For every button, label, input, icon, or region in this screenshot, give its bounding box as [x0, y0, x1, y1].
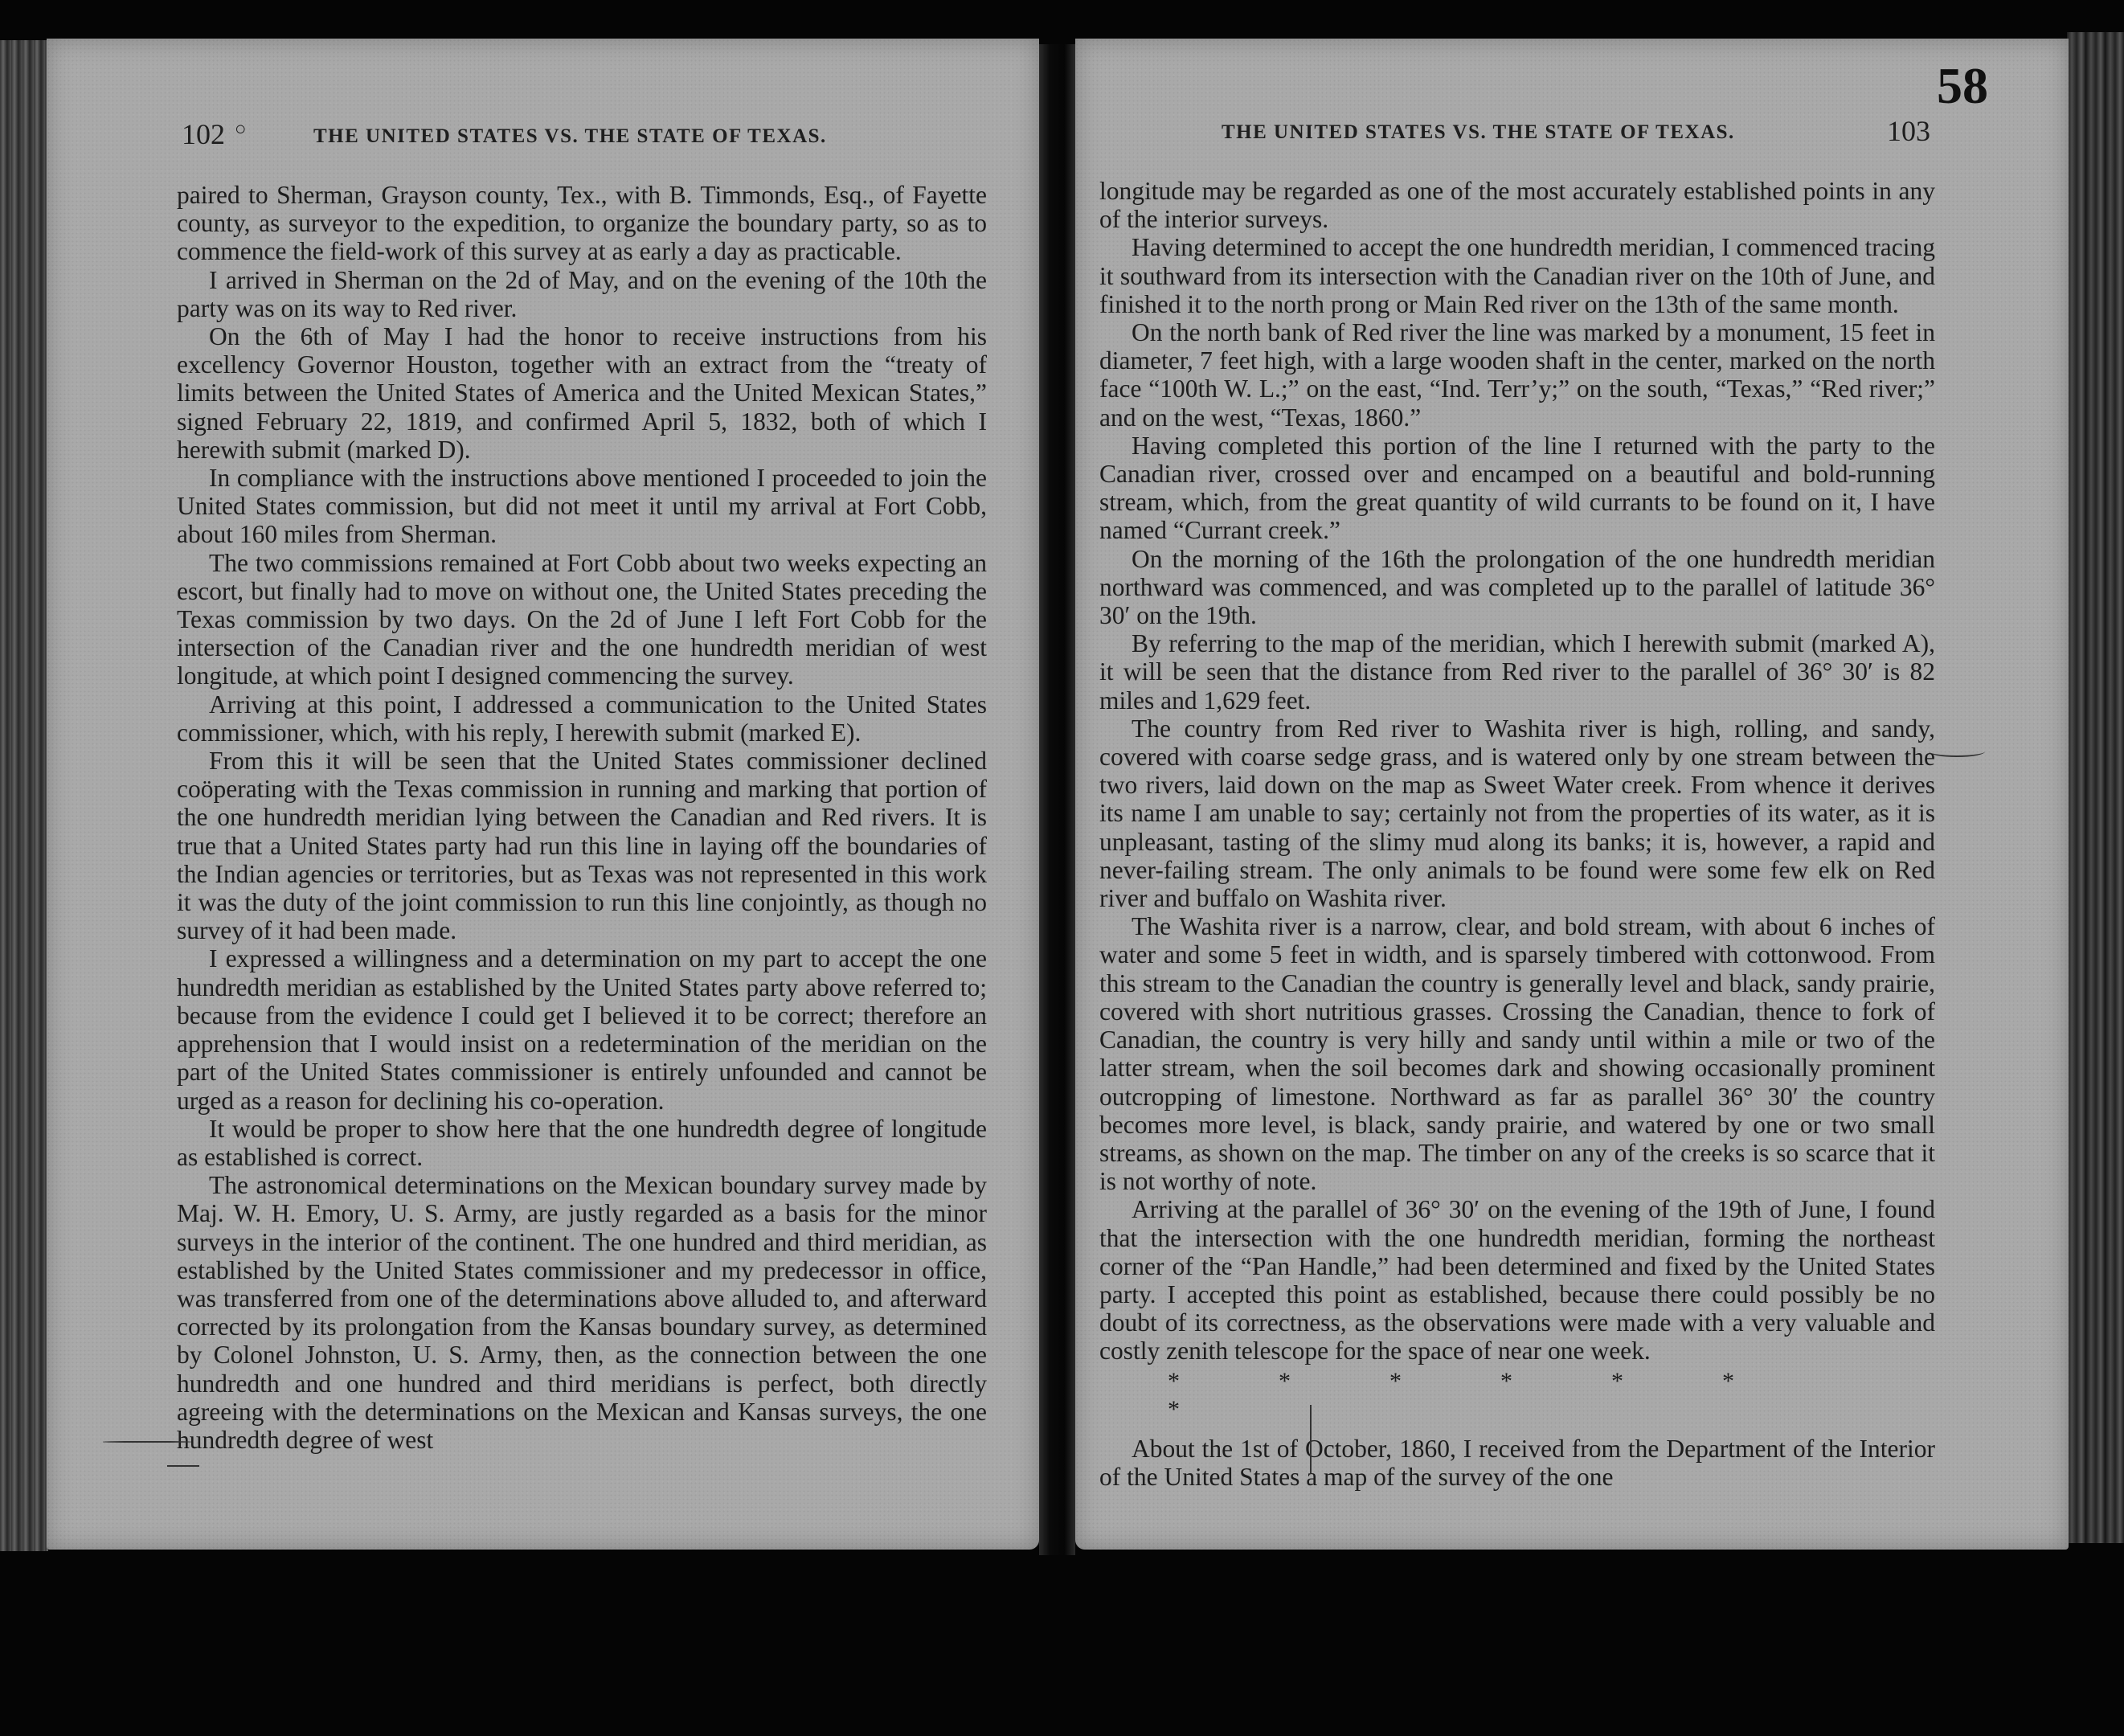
right-page: 58 THE UNITED STATES VS. THE STATE OF TE… — [1075, 39, 2069, 1550]
pencil-underline-mark — [1929, 746, 1985, 757]
asterisk: * — [1611, 1367, 1722, 1395]
section-break-asterisks: ******* — [1099, 1367, 1935, 1423]
paragraph: paired to Sherman, Grayson county, Tex.,… — [177, 181, 987, 266]
left-page-number: 102 — [182, 117, 225, 151]
paragraph: By referring to the map of the meridian,… — [1099, 629, 1935, 714]
paragraph: Having completed this portion of the lin… — [1099, 432, 1935, 545]
paragraph: longitude may be regarded as one of the … — [1099, 177, 1935, 233]
paragraph: About the 1st of October, 1860, I receiv… — [1099, 1435, 1935, 1491]
asterisk: * — [1168, 1395, 1279, 1423]
pencil-annotation-mark — [1310, 1405, 1313, 1473]
asterisk: * — [1722, 1367, 1833, 1395]
paragraph: I arrived in Sherman on the 2d of May, a… — [177, 266, 987, 322]
paragraph: The astronomical determinations on the M… — [177, 1171, 987, 1454]
stamped-number: 58 — [1937, 56, 1988, 116]
open-book-scan: 102 ○ THE UNITED STATES VS. THE STATE OF… — [0, 0, 2124, 1736]
paragraph: It would be proper to show here that the… — [177, 1115, 987, 1171]
book-fore-edge-left — [0, 40, 48, 1551]
right-page-body: longitude may be regarded as one of the … — [1099, 177, 1935, 1491]
right-page-number: 103 — [1887, 114, 1930, 148]
left-page-body: paired to Sherman, Grayson county, Tex.,… — [177, 181, 987, 1454]
paragraph: From this it will be seen that the Unite… — [177, 747, 987, 944]
right-running-head: THE UNITED STATES VS. THE STATE OF TEXAS… — [1222, 121, 1735, 144]
book-gutter — [1039, 44, 1075, 1555]
asterisk: * — [1389, 1367, 1500, 1395]
pencil-annotation-mark — [167, 1465, 199, 1467]
folio-ornament-icon: ○ — [235, 119, 247, 141]
asterisk: * — [1500, 1367, 1611, 1395]
paragraph: On the 6th of May I had the honor to rec… — [177, 322, 987, 464]
paragraph: The country from Red river to Washita ri… — [1099, 714, 1935, 912]
pencil-annotation-mark — [103, 1441, 191, 1443]
paragraph: On the morning of the 16th the prolongat… — [1099, 545, 1935, 630]
left-running-head: THE UNITED STATES VS. THE STATE OF TEXAS… — [313, 125, 827, 148]
book-fore-edge-right — [2067, 32, 2124, 1543]
paragraph: I expressed a willingness and a determin… — [177, 944, 987, 1114]
paragraph: Having determined to accept the one hund… — [1099, 233, 1935, 318]
paragraph: The Washita river is a narrow, clear, an… — [1099, 912, 1935, 1195]
paragraph: The two commissions remained at Fort Cob… — [177, 549, 987, 690]
asterisk: * — [1279, 1367, 1389, 1395]
asterisk: * — [1168, 1367, 1279, 1395]
left-page: 102 ○ THE UNITED STATES VS. THE STATE OF… — [47, 39, 1039, 1550]
paragraph: On the north bank of Red river the line … — [1099, 318, 1935, 432]
paragraph: Arriving at this point, I addressed a co… — [177, 690, 987, 747]
paragraph: Arriving at the parallel of 36° 30′ on t… — [1099, 1195, 1935, 1365]
paragraph: In compliance with the instructions abov… — [177, 464, 987, 549]
